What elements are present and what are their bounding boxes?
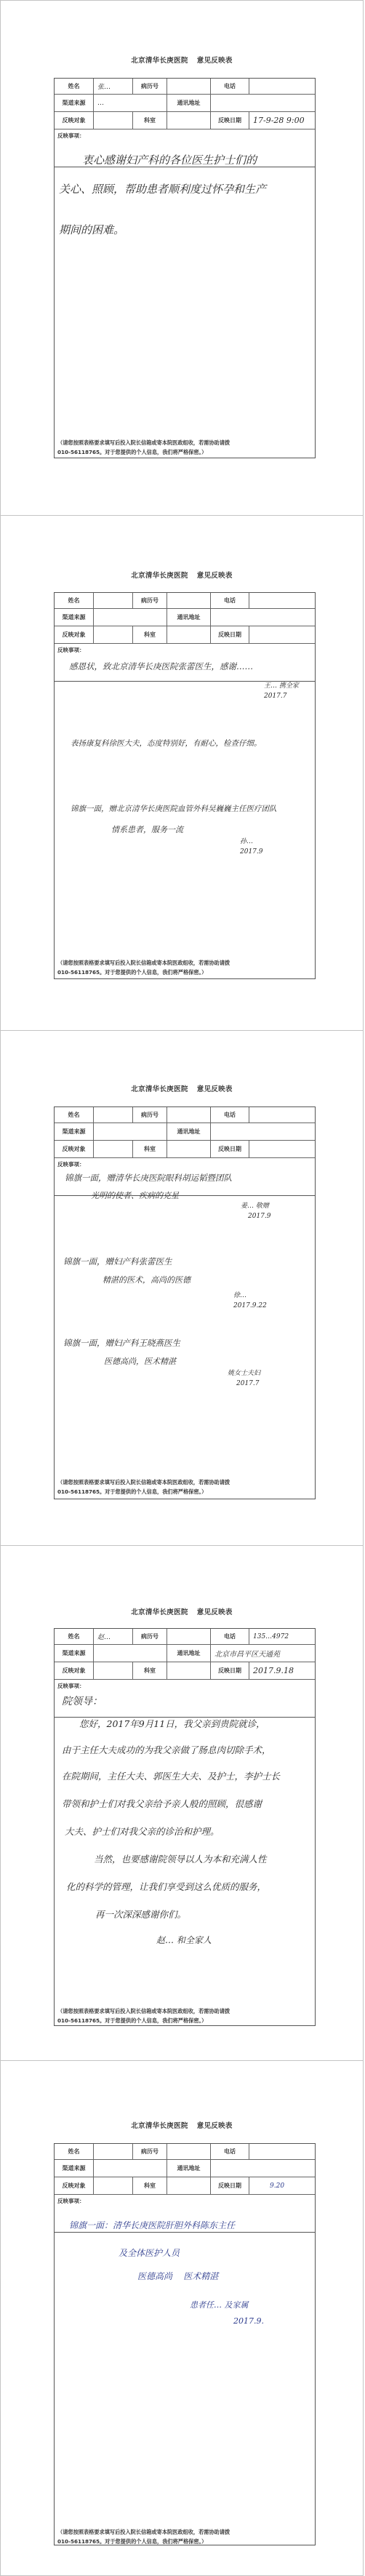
- label-record-no: 病历号: [133, 593, 167, 608]
- label-phone: 电话: [211, 2144, 249, 2159]
- label-date: 反映日期: [211, 1662, 249, 1679]
- handwritten-line: 再一次深深感谢你们。: [95, 1907, 186, 1921]
- handwritten-line: 表扬康复科徐医大夫，态度特别好，有耐心，检查仔细。: [71, 738, 262, 749]
- handwritten-line: 锦旗一面，赠妇产科张蕾医生: [63, 1256, 172, 1267]
- handwritten-line: 精湛的医术，高尚的医德: [103, 1274, 190, 1285]
- label-date: 反映日期: [211, 112, 249, 129]
- form-row-2: 渠道来源 通讯地址 北京市昌平区天通苑: [55, 1645, 315, 1662]
- signature: 孙… 2017.9: [240, 837, 263, 857]
- signature-date: 2017.7: [228, 1379, 260, 1389]
- field-department: [167, 1662, 211, 1679]
- handwritten-line: 带领和护士们对我父亲给予亲人般的照顾，很感谢: [62, 1797, 262, 1810]
- field-phone: 135…4972: [249, 1629, 316, 1644]
- form-row-2: 渠道来源 通讯地址: [55, 2160, 315, 2177]
- field-subject: [94, 2177, 133, 2194]
- form-name: 意见反映表: [197, 1608, 233, 1616]
- field-phone: [249, 2144, 316, 2159]
- label-channel: 渠道来源: [55, 1645, 94, 1662]
- handwritten-line: 光明的使者、疾病的克星: [91, 1189, 179, 1201]
- signature-date: 2017.9: [241, 1211, 271, 1221]
- label-record-no: 病历号: [133, 1107, 167, 1122]
- form-row-1: 姓名 病历号 电话: [55, 1107, 315, 1123]
- signature-date: 2017.9: [240, 847, 263, 857]
- field-name: 赵…: [94, 1629, 133, 1644]
- hospital-name: 北京清华长庚医院: [131, 2122, 188, 2130]
- label-subject: 反映对象: [55, 1141, 94, 1157]
- form-name: 意见反映表: [197, 57, 233, 65]
- signature: 徐… 2017.9.22: [233, 1291, 267, 1311]
- form-row-3: 反映对象 科室 反映日期 2017.9.18: [55, 1662, 315, 1680]
- footer-note: （请您按照表格要求填写后投入院长信箱或寄本院医政组收，若需协助请拨 010-56…: [57, 2527, 312, 2546]
- label-address: 通讯地址: [167, 1123, 211, 1140]
- field-record-no: [167, 2144, 211, 2159]
- signature-date: 2017.9.22: [233, 1301, 267, 1311]
- footer-note: （请您按照表格要求填写后投入院长信箱或寄本院医政组收，若需协助请拨 010-56…: [57, 2006, 312, 2025]
- footer-note-line-1: （请您按照表格要求填写后投入院长信箱或寄本院医政组收，若需协助请拨: [57, 1478, 312, 1487]
- hospital-name: 北京清华长庚医院: [131, 1085, 188, 1093]
- footer-note-line-2: 010-56118765。对于您提供的个人信息，我们将严格保密。）: [57, 1487, 312, 1496]
- label-phone: 电话: [211, 1629, 249, 1644]
- field-name: 张…: [94, 79, 133, 94]
- form-row-3: 反映对象 科室 反映日期: [55, 626, 315, 644]
- form-row-2: 渠道来源 … 通讯地址: [55, 95, 315, 112]
- handwritten-line: 您好，2017年9月11日，我父亲到贵院就诊，: [79, 1717, 265, 1730]
- field-date: [249, 1141, 316, 1157]
- field-phone: [249, 1107, 316, 1122]
- label-record-no: 病历号: [133, 2144, 167, 2159]
- field-channel: [94, 609, 167, 626]
- field-date: 9.20: [249, 2177, 316, 2194]
- matter-label: 反映事项：: [57, 132, 85, 140]
- handwritten-line: 关心、照顾，帮助患者顺利度过怀孕和生产: [59, 181, 266, 196]
- field-channel: [94, 2160, 167, 2177]
- form-row-3: 反映对象 科室 反映日期: [55, 1141, 315, 1158]
- field-record-no: [167, 79, 211, 94]
- label-department: 科室: [133, 1141, 167, 1157]
- form-row-2: 渠道来源 通讯地址: [55, 1123, 315, 1141]
- handwritten-line: 在院期间，主任大夫、郭医生大夫、及护士，李护士长: [62, 1769, 280, 1782]
- matter-label: 反映事项：: [57, 1682, 85, 1690]
- form-row-3: 反映对象 科室 反映日期 9.20: [55, 2177, 315, 2195]
- label-name: 姓名: [55, 1629, 94, 1644]
- form-title: 北京清华长庚医院意见反映表: [1, 55, 363, 65]
- label-address: 通讯地址: [167, 95, 211, 111]
- label-channel: 渠道来源: [55, 1123, 94, 1140]
- label-date: 反映日期: [211, 2177, 249, 2194]
- field-channel: [94, 1123, 167, 1140]
- form-row-2: 渠道来源 通讯地址: [55, 609, 315, 626]
- signature-name: 姜… 敬赠: [241, 1201, 271, 1211]
- footer-note-line-1: （请您按照表格要求填写后投入院长信箱或寄本院医政组收，若需协助请拨: [57, 2527, 312, 2537]
- form-name: 意见反映表: [197, 572, 233, 580]
- label-subject: 反映对象: [55, 2177, 94, 2194]
- footer-note-line-2: 010-56118765。对于您提供的个人信息，我们将严格保密。）: [57, 968, 312, 977]
- label-name: 姓名: [55, 2144, 94, 2159]
- field-department: [167, 626, 211, 643]
- field-subject: [94, 112, 133, 129]
- feedback-body: 反映事项： 锦旗一面：清华长庚医院肝胆外科陈东主任 及全体医护人员 医德高尚 医…: [54, 2194, 316, 2545]
- label-channel: 渠道来源: [55, 609, 94, 626]
- field-address: [211, 2160, 316, 2177]
- field-phone: [249, 593, 316, 608]
- form-row-1: 姓名 病历号 电话: [55, 2144, 315, 2160]
- form-row-1: 姓名 张… 病历号 电话: [55, 79, 315, 95]
- handwritten-line: 由于主任大夫成功的为我父亲做了肠息肉切除手术，: [62, 1743, 271, 1756]
- handwritten-line: 锦旗一面，赠清华长庚医院眼科胡运韬暨团队: [65, 1172, 232, 1184]
- field-record-no: [167, 1629, 211, 1644]
- label-name: 姓名: [55, 593, 94, 608]
- field-date: 17-9-28 9:00: [249, 112, 316, 129]
- matter-label: 反映事项：: [57, 646, 85, 654]
- field-date: [249, 626, 316, 643]
- document-page-4: 北京清华长庚医院意见反映表 姓名 赵… 病历号 电话 135…4972 渠道来源…: [0, 1545, 364, 2061]
- handwritten-line: 期间的困难。: [59, 222, 124, 237]
- label-name: 姓名: [55, 79, 94, 94]
- footer-note-line-1: （请您按照表格要求填写后投入院长信箱或寄本院医政组收，若需协助请拨: [57, 438, 312, 447]
- field-phone: [249, 79, 316, 94]
- field-name: [94, 2144, 133, 2159]
- signature: 王… 携全家 2017.7: [264, 681, 299, 701]
- handwritten-line: 锦旗一面：清华长庚医院肝胆外科陈东主任: [69, 2219, 235, 2231]
- label-subject: 反映对象: [55, 626, 94, 643]
- footer-note-line-1: （请您按照表格要求填写后投入院长信箱或寄本院医政组收，若需协助请拨: [57, 958, 312, 968]
- field-subject: [94, 626, 133, 643]
- field-address: [211, 1123, 316, 1140]
- footer-note: （请您按照表格要求填写后投入院长信箱或寄本院医政组收，若需协助请拨 010-56…: [57, 958, 312, 977]
- field-address: [211, 609, 316, 626]
- hospital-name: 北京清华长庚医院: [131, 572, 188, 580]
- handwritten-line: 大夫、护士们对我父亲的诊治和护理。: [65, 1825, 220, 1838]
- handwritten-line: 院领导：: [62, 1694, 103, 1708]
- footer-note-line-2: 010-56118765。对于您提供的个人信息，我们将严格保密。）: [57, 2537, 312, 2546]
- label-date: 反映日期: [211, 1141, 249, 1157]
- label-name: 姓名: [55, 1107, 94, 1122]
- form-title: 北京清华长庚医院意见反映表: [1, 1083, 363, 1093]
- signature: 患者任… 及家属 2017.9.: [190, 2297, 264, 2329]
- form-row-1: 姓名 病历号 电话: [55, 593, 315, 609]
- feedback-body: 反映事项： 感恩状，致北京清华长庚医院张蕾医生，感谢…… 王… 携全家 2017…: [54, 643, 316, 979]
- signature-name: 孙…: [240, 837, 263, 847]
- field-address: [211, 95, 316, 111]
- hospital-name: 北京清华长庚医院: [131, 1608, 188, 1616]
- handwritten-line: 衷心感谢妇产科的各位医生护士们的: [82, 152, 257, 167]
- handwritten-line: 感恩状，致北京清华长庚医院张蕾医生，感谢……: [69, 661, 253, 672]
- signature-name: 王… 携全家: [264, 681, 299, 691]
- handwritten-line: 当然，也要感谢院领导以人为本和充满人性: [94, 1852, 267, 1865]
- form-row-1: 姓名 赵… 病历号 电话 135…4972: [55, 1629, 315, 1645]
- footer-note-line-1: （请您按照表格要求填写后投入院长信箱或寄本院医政组收，若需协助请拨: [57, 2006, 312, 2016]
- signature-name: 患者任… 及家属: [190, 2297, 264, 2313]
- form-row-3: 反映对象 科室 反映日期 17-9-28 9:00: [55, 112, 315, 129]
- form-title: 北京清华长庚医院意见反映表: [1, 2120, 363, 2130]
- label-department: 科室: [133, 112, 167, 129]
- form-name: 意见反映表: [197, 1085, 233, 1093]
- signature: 姚女士夫妇 2017.7: [228, 1368, 260, 1389]
- field-subject: [94, 1141, 133, 1157]
- handwritten-line: 医德高尚，医术精湛: [104, 1355, 176, 1367]
- label-department: 科室: [133, 2177, 167, 2194]
- handwritten-line: 及全体医护人员: [119, 2246, 180, 2259]
- footer-note-line-2: 010-56118765。对于您提供的个人信息，我们将严格保密。）: [57, 2016, 312, 2025]
- label-subject: 反映对象: [55, 1662, 94, 1679]
- field-date: 2017.9.18: [249, 1662, 316, 1679]
- document-page-1: 北京清华长庚医院意见反映表 姓名 张… 病历号 电话 渠道来源 … 通讯地址 反…: [0, 0, 364, 516]
- field-department: [167, 2177, 211, 2194]
- label-phone: 电话: [211, 593, 249, 608]
- field-address: 北京市昌平区天通苑: [211, 1645, 316, 1662]
- field-department: [167, 112, 211, 129]
- field-subject: [94, 1662, 133, 1679]
- signature: 赵… 和全家人: [156, 1935, 212, 1945]
- handwritten-line: 锦旗一面，赠北京清华长庚医院血管外科吴巍巍主任医疗团队: [71, 803, 277, 814]
- label-channel: 渠道来源: [55, 2160, 94, 2177]
- field-name: [94, 593, 133, 608]
- label-department: 科室: [133, 1662, 167, 1679]
- field-record-no: [167, 1107, 211, 1122]
- footer-note-line-2: 010-56118765。对于您提供的个人信息，我们将严格保密。）: [57, 447, 312, 457]
- field-record-no: [167, 593, 211, 608]
- signature-date: 2017.9.: [190, 2313, 264, 2329]
- handwritten-line: 锦旗一面，赠妇产科王晓燕医生: [63, 1337, 180, 1349]
- hospital-name: 北京清华长庚医院: [131, 57, 188, 65]
- form-title: 北京清华长庚医院意见反映表: [1, 1606, 363, 1616]
- field-name: [94, 1107, 133, 1122]
- signature-date: 2017.7: [264, 691, 299, 701]
- document-page-3: 北京清华长庚医院意见反映表 姓名 病历号 电话 渠道来源 通讯地址 反映对象 科…: [0, 1030, 364, 1546]
- signature-name: 徐…: [233, 1291, 267, 1301]
- document-page-2: 北京清华长庚医院意见反映表 姓名 病历号 电话 渠道来源 通讯地址 反映对象 科…: [0, 515, 364, 1031]
- label-department: 科室: [133, 626, 167, 643]
- feedback-body: 反映事项： 锦旗一面，赠清华长庚医院眼科胡运韬暨团队 光明的使者、疾病的克星 姜…: [54, 1157, 316, 1499]
- field-channel: …: [94, 95, 167, 111]
- label-address: 通讯地址: [167, 609, 211, 626]
- feedback-body: 反映事项： 院领导： 您好，2017年9月11日，我父亲到贵院就诊， 由于主任大…: [54, 1679, 316, 2026]
- form-name: 意见反映表: [197, 2122, 233, 2130]
- handwritten-line: 医德高尚 医术精湛: [137, 2270, 218, 2282]
- field-channel: [94, 1645, 167, 1662]
- footer-note: （请您按照表格要求填写后投入院长信箱或寄本院医政组收，若需协助请拨 010-56…: [57, 438, 312, 457]
- form-title: 北京清华长庚医院意见反映表: [1, 570, 363, 580]
- document-page-5: 北京清华长庚医院意见反映表 姓名 病历号 电话 渠道来源 通讯地址 反映对象 科…: [0, 2060, 364, 2576]
- label-date: 反映日期: [211, 626, 249, 643]
- label-record-no: 病历号: [133, 79, 167, 94]
- matter-label: 反映事项：: [57, 1160, 85, 1168]
- signature: 姜… 敬赠 2017.9: [241, 1201, 271, 1221]
- signature-name: 姚女士夫妇: [228, 1368, 260, 1379]
- footer-note: （请您按照表格要求填写后投入院长信箱或寄本院医政组收，若需协助请拨 010-56…: [57, 1478, 312, 1496]
- handwritten-line: 化的科学的管理，让我们享受到这么优质的服务，: [66, 1880, 266, 1893]
- feedback-body: 反映事项： 衷心感谢妇产科的各位医生护士们的 关心、照顾，帮助患者顺利度过怀孕和…: [54, 129, 316, 458]
- label-phone: 电话: [211, 1107, 249, 1122]
- matter-label: 反映事项：: [57, 2197, 85, 2205]
- label-address: 通讯地址: [167, 1645, 211, 1662]
- label-record-no: 病历号: [133, 1629, 167, 1644]
- label-address: 通讯地址: [167, 2160, 211, 2177]
- signature-name: 赵… 和全家人: [156, 1935, 212, 1945]
- label-subject: 反映对象: [55, 112, 94, 129]
- handwritten-line: 情系患者，服务一流: [111, 824, 183, 835]
- field-department: [167, 1141, 211, 1157]
- label-channel: 渠道来源: [55, 95, 94, 111]
- label-phone: 电话: [211, 79, 249, 94]
